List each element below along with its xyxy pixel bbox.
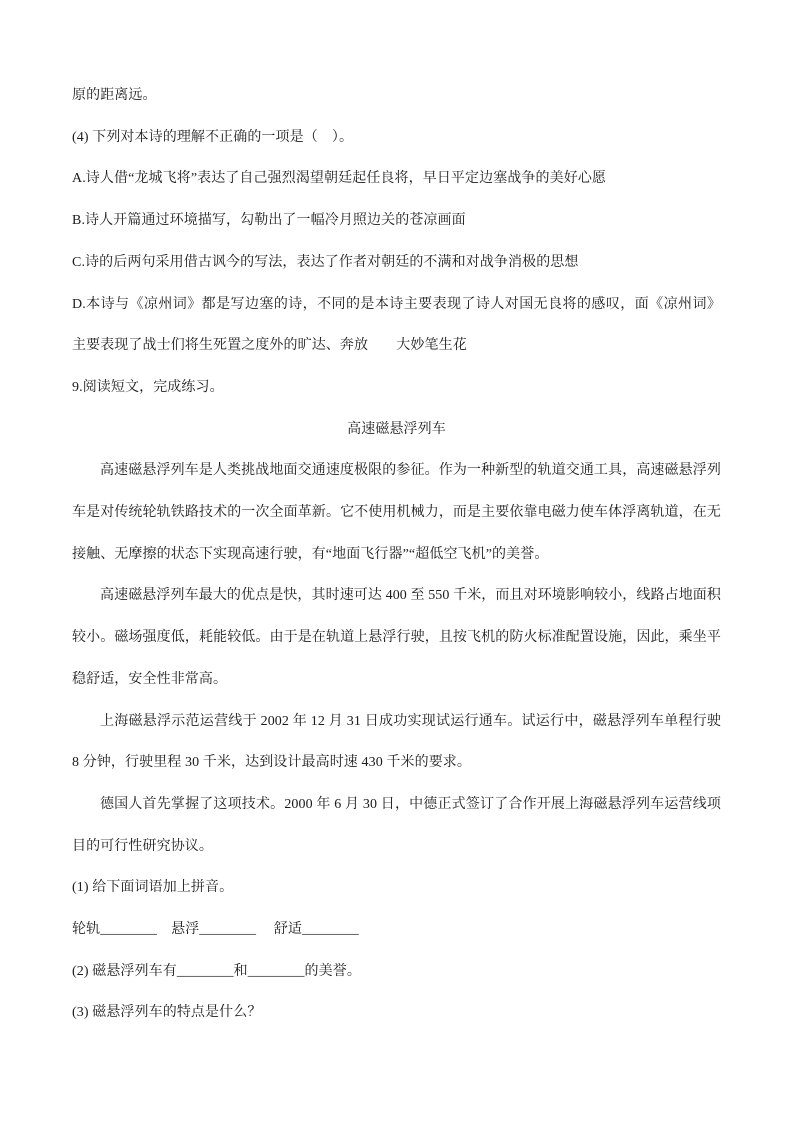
sub-question-2-stem: (2) 磁悬浮列车有________和________的美誉。: [72, 951, 721, 993]
pinyin-blanks-line: 轮轨________ 悬浮________ 舒适________: [72, 909, 721, 951]
passage-paragraph-2: 高速磁悬浮列车最大的优点是快，其时速可达 400 至 550 千米，而且对环境影…: [72, 575, 721, 700]
passage-title: 高速磁悬浮列车: [72, 409, 721, 451]
question-4-option-d: D.本诗与《凉州词》都是写边塞的诗，不同的是本诗主要表现了诗人对国无良将的感叹，…: [72, 284, 721, 367]
question-4-stem: (4) 下列对本诗的理解不正确的一项是（ ）。: [72, 117, 721, 159]
question-4-option-a: A.诗人借“龙城飞将”表达了自己强烈渴望朝廷起任良将，早日平定边塞战争的美好心愿: [72, 158, 721, 200]
sub-question-3-stem: (3) 磁悬浮列车的特点是什么？: [72, 992, 721, 1034]
document-page: 原的距离远。 (4) 下列对本诗的理解不正确的一项是（ ）。 A.诗人借“龙城飞…: [0, 0, 793, 1122]
sub-question-1-stem: (1) 给下面词语加上拼音。: [72, 867, 721, 909]
passage-paragraph-1: 高速磁悬浮列车是人类挑战地面交通速度极限的参征。作为一种新型的轨道交通工具，高速…: [72, 450, 721, 575]
question-4-option-b: B.诗人开篇通过环境描写，勾勒出了一幅冷月照边关的苍凉画面: [72, 200, 721, 242]
passage-paragraph-3: 上海磁悬浮示范运营线于 2002 年 12 月 31 日成功实现试运行通车。试运…: [72, 701, 721, 784]
question-4-option-c: C.诗的后两句采用借古讽今的写法，表达了作者对朝廷的不满和对战争消极的思想: [72, 242, 721, 284]
passage-paragraph-4: 德国人首先掌握了这项技术。2000 年 6 月 30 日，中德正式签订了合作开展…: [72, 784, 721, 867]
question-9-lead: 9.阅读短文，完成练习。: [72, 367, 721, 409]
continuation-text: 原的距离远。: [72, 75, 721, 117]
